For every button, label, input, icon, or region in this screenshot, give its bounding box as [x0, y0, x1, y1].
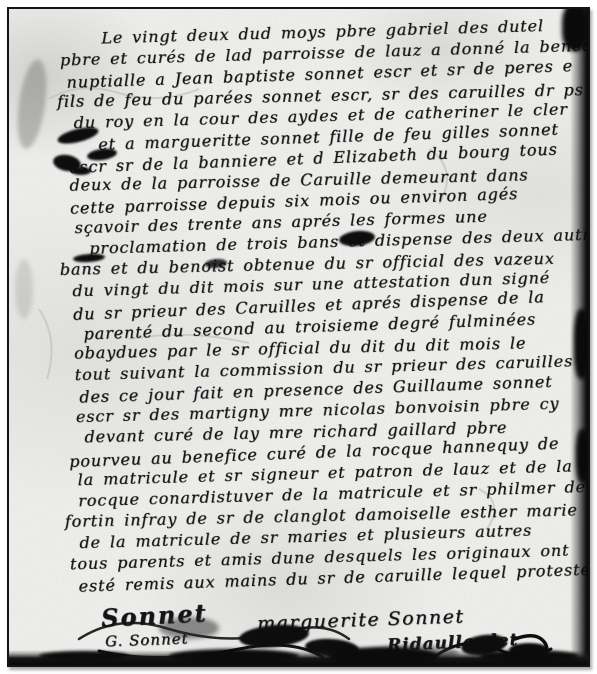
ink-blot [71, 167, 91, 175]
scan-shadow-blob [576, 429, 590, 483]
scan-shadow-blob [574, 309, 590, 379]
bottom-edge-blob [39, 651, 129, 661]
screenshot-root: { "manuscript": { "kind_note": "handwrit… [0, 0, 597, 674]
bottom-edge-blob [329, 647, 439, 665]
scan-shadow-blob [562, 7, 588, 51]
scanned-document-frame: Le vingt deux dud moys pbre gabriel des … [7, 7, 590, 667]
ink-blot [238, 622, 310, 650]
ink-smudge [159, 617, 219, 639]
manuscript-paper: Le vingt deux dud moys pbre gabriel des … [9, 9, 588, 665]
margin-smudge [13, 58, 51, 151]
manuscript-text: Le vingt deux dud moys pbre gabriel des … [49, 15, 578, 596]
margin-smudge [15, 259, 33, 319]
bottom-edge-blob [169, 649, 299, 663]
bottom-edge-blob [479, 650, 579, 662]
